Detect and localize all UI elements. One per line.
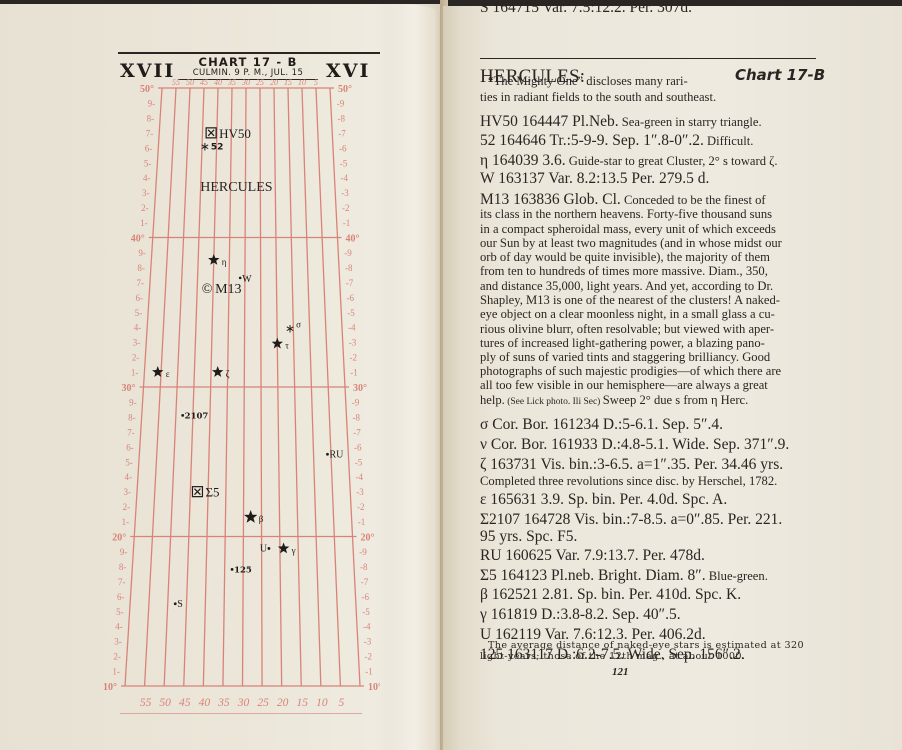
dec-label-left: 50° [140,84,154,95]
description-line: ε 165631 3.9. Sp. bin. Per. 4.0d. Spc. A… [480,492,727,508]
description-line: “The Mighty One” discloses many rari- [488,75,688,88]
dec-tick-left: 8- [119,562,127,572]
dec-tick-left: 3- [142,188,150,198]
object-catalog-entry: W 163137 Var. 8.2:13.5 Per. 279.5 d. [480,170,709,187]
description-line: ν Cor. Bor. 161933 D.:4.8-5.1. Wide. Sep… [480,437,789,453]
ra-label-top: 40 [214,78,222,87]
dec-tick-left: 7- [118,577,126,587]
ra-label-bottom: 35 [217,697,230,709]
object-note: tures of increased light-gathering power… [480,336,765,350]
object-catalog-entry: S 164715 Var. 7.5:12.2. Per. 307d. [480,0,692,16]
object-catalog-entry: Σ5 164123 Pl.neb. Bright. Diam. 8″. [480,567,706,584]
dec-tick-right: -9 [344,248,352,258]
ra-label-top: 5 [314,78,318,87]
object-label: γ [291,545,296,555]
object-label: β [259,514,264,524]
object-label: ζ [226,369,230,379]
constellation-label: HERCULES [200,180,272,195]
object-note: Sea-green in starry triangle. [619,115,762,129]
dec-tick-right: -3 [349,338,357,348]
dec-tick-left: 6- [145,143,153,153]
object-catalog-entry: help. [480,393,505,407]
chart-object-125: 125 [231,565,252,575]
dot-icon [174,602,177,605]
chart-object-beta: β [244,510,264,524]
ra-label-bottom: 45 [179,697,191,709]
description-line: β 162521 2.81. Sp. bin. Per. 410d. Spc. … [480,587,741,603]
dot-icon [326,453,329,456]
object-catalog-entry: η 164039 3.6. [480,152,566,169]
dot-icon [231,568,234,571]
dec-tick-left: 9- [138,248,146,258]
description-line: HV50 164447 Pl.Neb. Sea-green in starry … [480,114,762,130]
ra-label-top: 45 [200,78,208,87]
object-label: 52 [211,142,224,152]
dec-tick-right: -7 [361,577,369,587]
object-catalog-entry: 52 164646 Tr.:5-9-9. Sep. 1″.8-0″.2. [480,132,704,149]
object-label: 2107 [185,411,209,421]
chart-object-sigma5: Σ5 [192,485,219,500]
description-line: ζ 163731 Vis. bin.:3-6.5. a=1″.35. Per. … [480,457,783,473]
description-line: orb of day would be quite invisible), th… [480,251,770,264]
chart-axis-labels: 5550454035302520151055550454035302520151… [103,78,380,709]
dec-tick-left: 6- [126,442,134,452]
description-line: photographs of such majestic prodigies—o… [480,365,781,378]
dec-tick-left: 7- [146,128,154,138]
dec-tick-right: -6 [354,442,362,452]
object-note: and distance 35,000, light years. And ye… [480,279,773,293]
dec-tick-right: -4 [363,622,371,632]
object-label: τ [285,341,289,351]
object-label: Σ5 [205,485,219,500]
footnote-line-1: The average distance of naked-eye stars … [488,641,804,651]
object-note: all too few visible in our hemisphere—ar… [480,378,768,392]
star-chart: 5550454035302520151055550454035302520151… [100,74,380,714]
description-line: from ten to hundreds of times more massi… [480,265,768,278]
description-line: σ Cor. Bor. 161234 D.:5-6.1. Sep. 5″.4. [480,417,723,433]
dec-tick-left: 1- [112,667,120,677]
ra-label-top: 30 [241,78,250,87]
dec-tick-left: 1- [122,517,130,527]
dot-icon [268,547,271,550]
dec-tick-left: 2- [113,652,121,662]
ra-label-bottom: 15 [297,697,309,709]
star-icon [244,510,257,523]
description-line: Shapley, M13 is one of the nearest of th… [480,294,780,307]
dec-label-right: 30° [353,383,367,394]
object-catalog-entry: HV50 164447 Pl.Neb. [480,113,619,130]
chart-object-tau: τ [272,338,290,351]
dec-tick-right: -3 [364,637,372,647]
object-note: rious olivine blurr, often resolvable; b… [480,322,774,336]
dot-icon [181,414,184,417]
description-line: in a compact spheroidal mass, every unit… [480,223,776,236]
dec-tick-left: 3- [133,338,141,348]
object-note: its class in the northern heavens. Forty… [480,207,772,221]
object-note: from ten to hundreds of times more massi… [480,264,768,278]
description-line: Completed three revolutions since disc. … [480,475,777,488]
left-page-curl [385,4,443,750]
double-star-icon: ∗ [200,139,210,153]
dec-label-right: 20° [361,533,375,544]
dec-tick-right: -8 [360,562,368,572]
chart-reference: Chart 17-B [735,66,825,84]
dec-tick-left: 6- [117,592,125,602]
chart-object-m13: ©M13 [202,282,242,297]
dec-tick-right: -7 [338,128,346,138]
star-icon [212,366,223,377]
object-label: RU [329,449,344,460]
dec-tick-left: 4- [124,472,132,482]
description-line: S 164715 Var. 7.5:12.2. Per. 307d. [480,0,692,16]
dec-tick-right: -5 [347,308,355,318]
dec-tick-right: -7 [346,278,354,288]
description-line: eye object on a clear moonless night, in… [480,308,775,321]
ra-label-top: 25 [256,78,264,87]
dec-label-left: 40° [131,234,145,245]
ra-label-top: 55 [172,78,180,87]
dec-tick-left: 8- [147,113,155,123]
dec-tick-right: -5 [340,158,348,168]
description-line: ties in radiant fields to the south and … [480,91,716,104]
chart-object-s: S [174,599,183,610]
object-note: ties in radiant fields to the south and … [480,90,716,104]
dec-tick-right: -6 [362,592,370,602]
dec-tick-left: 4- [115,622,123,632]
dec-tick-left: 9- [129,397,137,407]
ra-label-top: 35 [227,78,236,87]
object-catalog-entry: β 162521 2.81. Sp. bin. Per. 410d. Spc. … [480,586,741,603]
object-label: S [177,599,183,610]
ra-label-bottom: 20 [277,697,289,709]
dec-tick-left: 3- [114,637,122,647]
dec-tick-right: -4 [348,323,356,333]
dec-tick-right: -8 [353,412,361,422]
chart-object-52: ∗52 [200,139,224,153]
dec-tick-left: 5- [135,308,143,318]
dec-tick-right: -3 [341,188,349,198]
object-catalog-entry: ε 165631 3.9. Sp. bin. Per. 4.0d. Spc. A… [480,491,727,508]
object-note: 95 yrs. Spc. F5. [480,528,577,545]
ra-label-bottom: 50 [159,697,171,709]
object-note: Shapley, M13 is one of the nearest of th… [480,293,780,307]
dec-tick-right: -8 [345,263,353,273]
dec-tick-left: 5- [116,607,124,617]
dec-tick-right: -9 [352,397,360,407]
chart-object-2107: 2107 [181,411,208,421]
dec-tick-right: -6 [347,293,355,303]
object-catalog-entry: ζ 163731 Vis. bin.:3-6.5. a=1″.35. Per. … [480,456,783,473]
page-number: 121 [612,666,629,678]
footnote-line-2: light-years; those of the 12th mag., at … [480,652,745,662]
dec-tick-left: 6- [136,293,144,303]
dec-tick-left: 2- [132,353,140,363]
object-note: Sweep 2° due s from η Herc. [603,393,749,407]
ra-label-top: 15 [284,78,292,87]
variable-dot-icon [239,277,242,280]
object-label: U [260,543,268,554]
dec-tick-right: -5 [355,457,363,467]
dec-tick-left: 5- [125,457,133,467]
description-line: its class in the northern heavens. Forty… [480,208,772,221]
ra-label-bottom: 10 [316,697,328,709]
object-label: 125 [234,565,252,575]
dec-tick-right: -1 [343,218,351,228]
chart-object-eta: η [208,254,227,267]
description-line: Σ2107 164728 Vis. bin.:7-8.5. a=0″.85. P… [480,512,782,528]
object-note: orb of day would be quite invisible), th… [480,250,770,264]
dec-tick-right: -1 [350,368,358,378]
right-header-rule [480,58,816,59]
description-line: M13 163836 Glob. Cl. Conceded to be the … [480,192,766,208]
description-line: 52 164646 Tr.:5-9-9. Sep. 1″.8-0″.2. Dif… [480,133,753,149]
ra-label-bottom: 55 [140,697,152,709]
chart-object-ru: RU [326,449,344,460]
dec-tick-left: 7- [127,427,135,437]
chart-object-u: U [260,543,270,554]
dec-tick-right: -2 [342,203,350,213]
description-line: help. (See Lick photo. Ili Sec) Sweep 2°… [480,394,748,408]
dec-tick-left: 4- [143,173,151,183]
object-note: Completed three revolutions since disc. … [480,474,777,488]
nebula-cross-icon [194,489,200,495]
header-rule-top [118,52,380,54]
object-label: HV50 [219,126,251,141]
dec-label-left: 30° [122,383,136,394]
dec-tick-right: -5 [362,607,370,617]
ra-label-bottom: 25 [257,697,269,709]
object-note: photographs of such majestic prodigies—o… [480,364,781,378]
description-line: RU 160625 Var. 7.9:13.7. Per. 478d. [480,548,705,564]
dec-label-right: 10° [368,682,380,693]
object-note: Difficult. [704,134,753,148]
dec-tick-left: 9- [120,547,128,557]
object-label: σ [296,320,301,330]
description-line: our Sun by at least two magnitudes (and … [480,237,782,250]
description-line: all too few visible in our hemisphere—ar… [480,379,768,392]
dec-tick-left: 2- [141,203,149,213]
dec-tick-left: 4- [134,323,142,333]
dec-tick-right: -9 [337,98,345,108]
object-label: η [222,257,227,267]
description-line: tures of increased light-gathering power… [480,337,765,350]
object-catalog-entry: ν Cor. Bor. 161933 D.:4.8-5.1. Wide. Sep… [480,436,789,453]
ra-label-bottom: 30 [237,697,250,709]
dec-tick-right: -8 [338,113,346,123]
dec-tick-left: 1- [140,218,148,228]
description-line: γ 161819 D.:3.8-8.2. Sep. 40″.5. [480,607,681,623]
dec-label-right: 50° [338,84,352,95]
object-label: W [242,274,252,285]
ra-label-top: 50 [186,78,194,87]
dec-tick-right: -9 [359,547,367,557]
object-catalog-entry: σ Cor. Bor. 161234 D.:5-6.1. Sep. 5″.4. [480,416,723,433]
chart-object-zeta: ζ [212,366,230,379]
chart-objects: HERCULESHV50∗52ηW©M13∗στεζ2107RUΣ5βUγ125… [152,126,344,610]
object-catalog-entry: M13 163836 Glob. Cl. [480,191,621,208]
description-line: 95 yrs. Spc. F5. [480,529,577,545]
object-note: Blue-green. [706,569,768,583]
ra-label-top: 20 [270,78,278,87]
dec-tick-left: 2- [123,502,131,512]
object-note: eye object on a clear moonless night, in… [480,307,775,321]
object-catalog-entry: Σ2107 164728 Vis. bin.:7-8.5. a=0″.85. P… [480,511,782,528]
object-catalog-entry: RU 160625 Var. 7.9:13.7. Per. 478d. [480,547,705,564]
description-line: W 163137 Var. 8.2:13.5 Per. 279.5 d. [480,171,709,187]
dec-tick-right: -4 [341,173,349,183]
dec-tick-left: 8- [128,412,136,422]
ra-label-top: 10 [298,78,306,87]
ra-label-bottom: 5 [339,697,345,709]
object-note: “The Mighty One” discloses many rari- [488,74,688,88]
dec-tick-left: 3- [124,487,132,497]
chart-object-sigma: ∗σ [285,320,301,336]
chart-title: CHART 17 - B [178,55,318,69]
dec-tick-right: -1 [358,517,366,527]
dec-tick-right: -2 [350,353,358,363]
reference-note: (See Lick photo. Ili Sec) [505,397,603,407]
dec-tick-left: 5- [144,158,152,168]
dec-label-right: 40° [346,234,360,245]
dec-tick-right: -2 [357,502,365,512]
object-note: in a compact spheroidal mass, every unit… [480,222,776,236]
cluster-icon: © [202,282,213,297]
dec-tick-left: 7- [136,278,144,288]
dec-tick-left: 1- [131,368,139,378]
object-label: M13 [215,282,241,297]
dec-tick-right: -2 [365,652,373,662]
dec-label-left: 20° [112,533,126,544]
ra-label-bottom: 40 [199,697,211,709]
dec-tick-left: 9- [148,98,156,108]
object-note: our Sun by at least two magnitudes (and … [480,236,782,250]
description-line: rious olivine blurr, often resolvable; b… [480,323,774,336]
dec-tick-right: -6 [339,143,347,153]
dec-tick-right: -1 [365,667,373,677]
chart-object-hv50: HV50 [206,126,251,141]
object-label: ε [166,369,170,379]
description-line: ply of suns of varied tints and staggeri… [480,351,770,364]
description-line: η 164039 3.6. Guide-star to great Cluste… [480,153,778,169]
dec-tick-right: -3 [356,487,364,497]
description-line: and distance 35,000, light years. And ye… [480,280,773,293]
object-note: Conceded to be the finest of [621,193,766,207]
object-note: Guide-star to great Cluster, 2° s toward… [566,154,778,168]
dec-tick-left: 8- [137,263,145,273]
dec-label-left: 10° [103,682,117,693]
object-catalog-entry: γ 161819 D.:3.8-8.2. Sep. 40″.5. [480,606,681,623]
double-star-icon: ∗ [285,322,295,336]
dec-tick-right: -7 [353,427,361,437]
dec-tick-right: -4 [356,472,364,482]
description-line: Σ5 164123 Pl.neb. Bright. Diam. 8″. Blue… [480,568,768,584]
nebula-cross-icon [208,130,214,136]
object-note: ply of suns of varied tints and staggeri… [480,350,770,364]
